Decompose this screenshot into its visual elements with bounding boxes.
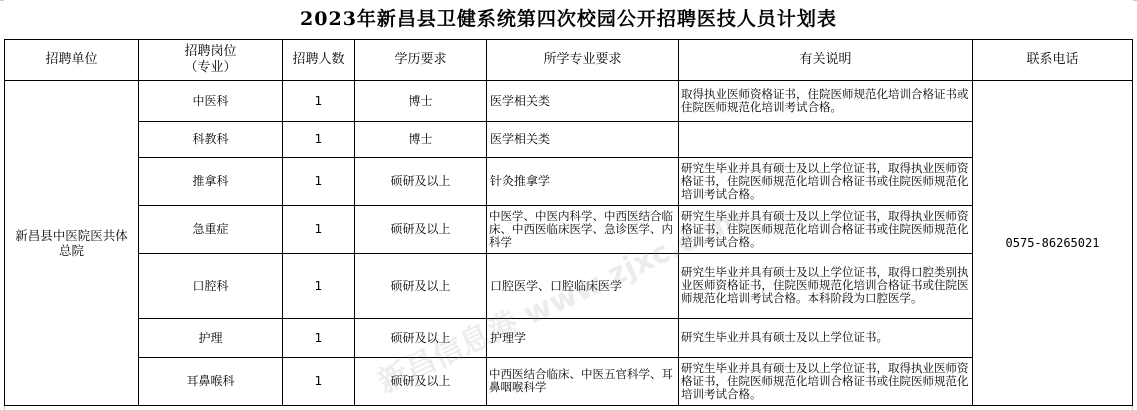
header-unit[interactable]: 招聘单位 <box>5 39 139 80</box>
position-cell[interactable]: 护理 <box>139 318 283 357</box>
table-row: 耳鼻喉科 1 硕研及以上 中西医结合临床、中医五官科学、耳鼻咽喉科学 研究生毕业… <box>5 357 1133 405</box>
count-cell[interactable]: 1 <box>283 318 355 357</box>
unit-cell[interactable]: 新昌县中医院医共体总院 <box>5 80 139 405</box>
education-cell[interactable]: 博士 <box>355 121 487 157</box>
table-row: 科教科 1 博士 医学相关类 <box>5 121 1133 157</box>
table-row: 护理 1 硕研及以上 护理学 研究生毕业并具有硕士及以上学位证书。 <box>5 318 1133 357</box>
count-cell[interactable]: 1 <box>283 357 355 405</box>
table-row: 推拿科 1 硕研及以上 针灸推拿学 研究生毕业并具有硕士及以上学位证书，取得执业… <box>5 157 1133 205</box>
education-cell[interactable]: 硕研及以上 <box>355 157 487 205</box>
major-cell[interactable]: 护理学 <box>487 318 679 357</box>
header-row: 招聘单位 招聘岗位 （专业） 招聘人数 学历要求 所学专业要求 有关说明 联系电… <box>5 39 1133 80</box>
notes-cell[interactable]: 研究生毕业并具有硕士及以上学位证书，取得口腔类别执业医师资格证书，住院医师规范化… <box>679 253 973 318</box>
major-cell[interactable]: 口腔医学、口腔临床医学 <box>487 253 679 318</box>
table-row: 口腔科 1 硕研及以上 口腔医学、口腔临床医学 研究生毕业并具有硕士及以上学位证… <box>5 253 1133 318</box>
major-cell[interactable]: 医学相关类 <box>487 121 679 157</box>
table-row: 急重症 1 硕研及以上 中医学、中医内科学、中西医结合临床、中西医临床医学、急诊… <box>5 205 1133 253</box>
count-cell[interactable]: 1 <box>283 121 355 157</box>
header-education[interactable]: 学历要求 <box>355 39 487 80</box>
count-cell[interactable]: 1 <box>283 80 355 121</box>
position-cell[interactable]: 急重症 <box>139 205 283 253</box>
count-cell[interactable]: 1 <box>283 205 355 253</box>
recruitment-plan-table: 2023年新昌县卫健系统第四次校园公开招聘医技人员计划表 招聘单位 招聘岗位 （… <box>4 0 1133 406</box>
header-notes[interactable]: 有关说明 <box>679 39 973 80</box>
phone-cell[interactable]: 0575-86265021 <box>973 80 1133 405</box>
major-cell[interactable]: 医学相关类 <box>487 80 679 121</box>
notes-cell[interactable]: 研究生毕业并具有硕士及以上学位证书，取得执业医师资格证书，住院医师规范化培训合格… <box>679 157 973 205</box>
education-cell[interactable]: 博士 <box>355 80 487 121</box>
notes-cell[interactable]: 研究生毕业并具有硕士及以上学位证书，取得执业医师资格证书，住院医师规范化培训合格… <box>679 357 973 405</box>
notes-cell[interactable]: 研究生毕业并具有硕士及以上学位证书，取得执业医师资格证书，住院医师规范化培训合格… <box>679 205 973 253</box>
header-major[interactable]: 所学专业要求 <box>487 39 679 80</box>
education-cell[interactable]: 硕研及以上 <box>355 253 487 318</box>
header-position-line2: （专业） <box>142 60 279 76</box>
header-position[interactable]: 招聘岗位 （专业） <box>139 39 283 80</box>
header-position-line1: 招聘岗位 <box>142 44 279 60</box>
count-cell[interactable]: 1 <box>283 157 355 205</box>
table-row: 新昌县中医院医共体总院 中医科 1 博士 医学相关类 取得执业医师资格证书，住院… <box>5 80 1133 121</box>
education-cell[interactable]: 硕研及以上 <box>355 318 487 357</box>
notes-cell[interactable]: 研究生毕业并具有硕士及以上学位证书。 <box>679 318 973 357</box>
major-cell[interactable]: 中医学、中医内科学、中西医结合临床、中西医临床医学、急诊医学、内科学 <box>487 205 679 253</box>
header-count[interactable]: 招聘人数 <box>283 39 355 80</box>
position-cell[interactable]: 口腔科 <box>139 253 283 318</box>
education-cell[interactable]: 硕研及以上 <box>355 205 487 253</box>
position-cell[interactable]: 中医科 <box>139 80 283 121</box>
position-cell[interactable]: 耳鼻喉科 <box>139 357 283 405</box>
page-title[interactable]: 2023年新昌县卫健系统第四次校园公开招聘医技人员计划表 <box>5 0 1133 39</box>
notes-cell[interactable]: 取得执业医师资格证书，住院医师规范化培训合格证书或住院医师规范化培训考试合格。 <box>679 80 973 121</box>
count-cell[interactable]: 1 <box>283 253 355 318</box>
header-phone[interactable]: 联系电话 <box>973 39 1133 80</box>
position-cell[interactable]: 科教科 <box>139 121 283 157</box>
education-cell[interactable]: 硕研及以上 <box>355 357 487 405</box>
major-cell[interactable]: 中西医结合临床、中医五官科学、耳鼻咽喉科学 <box>487 357 679 405</box>
major-cell[interactable]: 针灸推拿学 <box>487 157 679 205</box>
position-cell[interactable]: 推拿科 <box>139 157 283 205</box>
notes-cell[interactable] <box>679 121 973 157</box>
